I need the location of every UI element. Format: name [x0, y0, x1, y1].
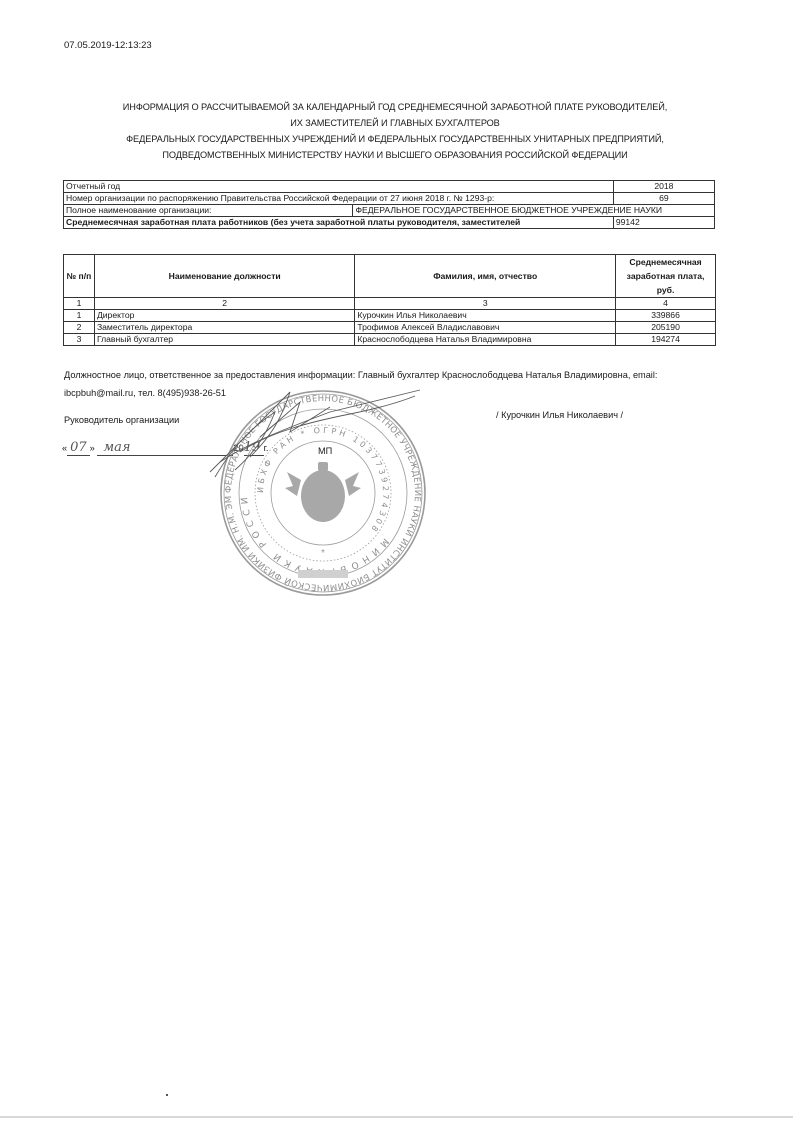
org-name-row: Полное наименование организации: ФЕДЕРАЛ…: [64, 205, 715, 217]
report-year-row: Отчетный год 2018: [64, 181, 715, 193]
table-row: 3 Главный бухгалтер Краснослободцева Нат…: [64, 334, 716, 346]
date-close-quote: »: [90, 443, 95, 453]
table-row: 2 Заместитель директора Трофимов Алексей…: [64, 322, 716, 334]
avg-salary-value: 99142: [613, 217, 714, 229]
row-position: Директор: [94, 310, 354, 322]
title-line: ИХ ЗАМЕСТИТЕЛЕЙ И ГЛАВНЫХ БУХГАЛТЕРОВ: [60, 115, 730, 131]
column-number: 4: [616, 298, 716, 310]
avg-salary-label: Среднемесячная заработная плата работник…: [64, 217, 614, 229]
scan-speck: [166, 1094, 168, 1096]
svg-text:*: *: [321, 548, 325, 559]
org-number-row: Номер организации по распоряжению Правит…: [64, 193, 715, 205]
column-number: 3: [355, 298, 616, 310]
date-day: 07: [67, 440, 90, 456]
row-number: 2: [64, 322, 95, 334]
row-name: Краснослободцева Наталья Владимировна: [355, 334, 616, 346]
head-of-organization-label: Руководитель организации: [64, 415, 179, 425]
org-number-label: Номер организации по распоряжению Правит…: [64, 193, 614, 205]
table-header-row: № п/п Наименование должности Фамилия, им…: [64, 255, 716, 298]
column-header-number: № п/п: [64, 255, 95, 298]
title-line: ИНФОРМАЦИЯ О РАССЧИТЫВАЕМОЙ ЗА КАЛЕНДАРН…: [60, 99, 730, 115]
column-header-salary: Среднемесячная заработная плата, руб.: [616, 255, 716, 298]
column-numbers-row: 1 2 3 4: [64, 298, 716, 310]
row-name: Трофимов Алексей Владиславович: [355, 322, 616, 334]
row-number: 1: [64, 310, 95, 322]
row-position: Заместитель директора: [94, 322, 354, 334]
row-salary: 205190: [616, 322, 716, 334]
title-line: ПОДВЕДОМСТВЕННЫХ МИНИСТЕРСТВУ НАУКИ И ВЫ…: [60, 147, 730, 163]
table-row: 1 Директор Курочкин Илья Николаевич 3398…: [64, 310, 716, 322]
column-header-position: Наименование должности: [94, 255, 354, 298]
document-title: ИНФОРМАЦИЯ О РАССЧИТЫВАЕМОЙ ЗА КАЛЕНДАРН…: [60, 99, 730, 163]
avg-salary-row: Среднемесячная заработная плата работник…: [64, 217, 715, 229]
staff-salary-table: № п/п Наименование должности Фамилия, им…: [63, 254, 716, 346]
row-position: Главный бухгалтер: [94, 334, 354, 346]
title-line: ФЕДЕРАЛЬНЫХ ГОСУДАРСТВЕННЫХ УЧРЕЖДЕНИЙ И…: [60, 131, 730, 147]
row-salary: 339866: [616, 310, 716, 322]
organization-info-table: Отчетный год 2018 Номер организации по р…: [63, 180, 715, 229]
column-header-name: Фамилия, имя, отчество: [355, 255, 616, 298]
signature-icon: [180, 382, 440, 482]
row-name: Курочкин Илья Николаевич: [355, 310, 616, 322]
row-number: 3: [64, 334, 95, 346]
org-name-label: Полное наименование организации:: [64, 205, 353, 217]
print-timestamp: 07.05.2019-12:13:23: [64, 40, 152, 51]
report-year-label: Отчетный год: [64, 181, 614, 193]
org-name-value: ФЕДЕРАЛЬНОЕ ГОСУДАРСТВЕННОЕ БЮДЖЕТНОЕ УЧ…: [353, 205, 715, 217]
head-of-organization-name: / Курочкин Илья Николаевич /: [496, 410, 623, 420]
report-year-value: 2018: [613, 181, 714, 193]
column-number: 1: [64, 298, 95, 310]
row-salary: 194274: [616, 334, 716, 346]
column-number: 2: [94, 298, 354, 310]
org-number-value: 69: [613, 193, 714, 205]
scan-edge-line: [0, 1116, 793, 1118]
